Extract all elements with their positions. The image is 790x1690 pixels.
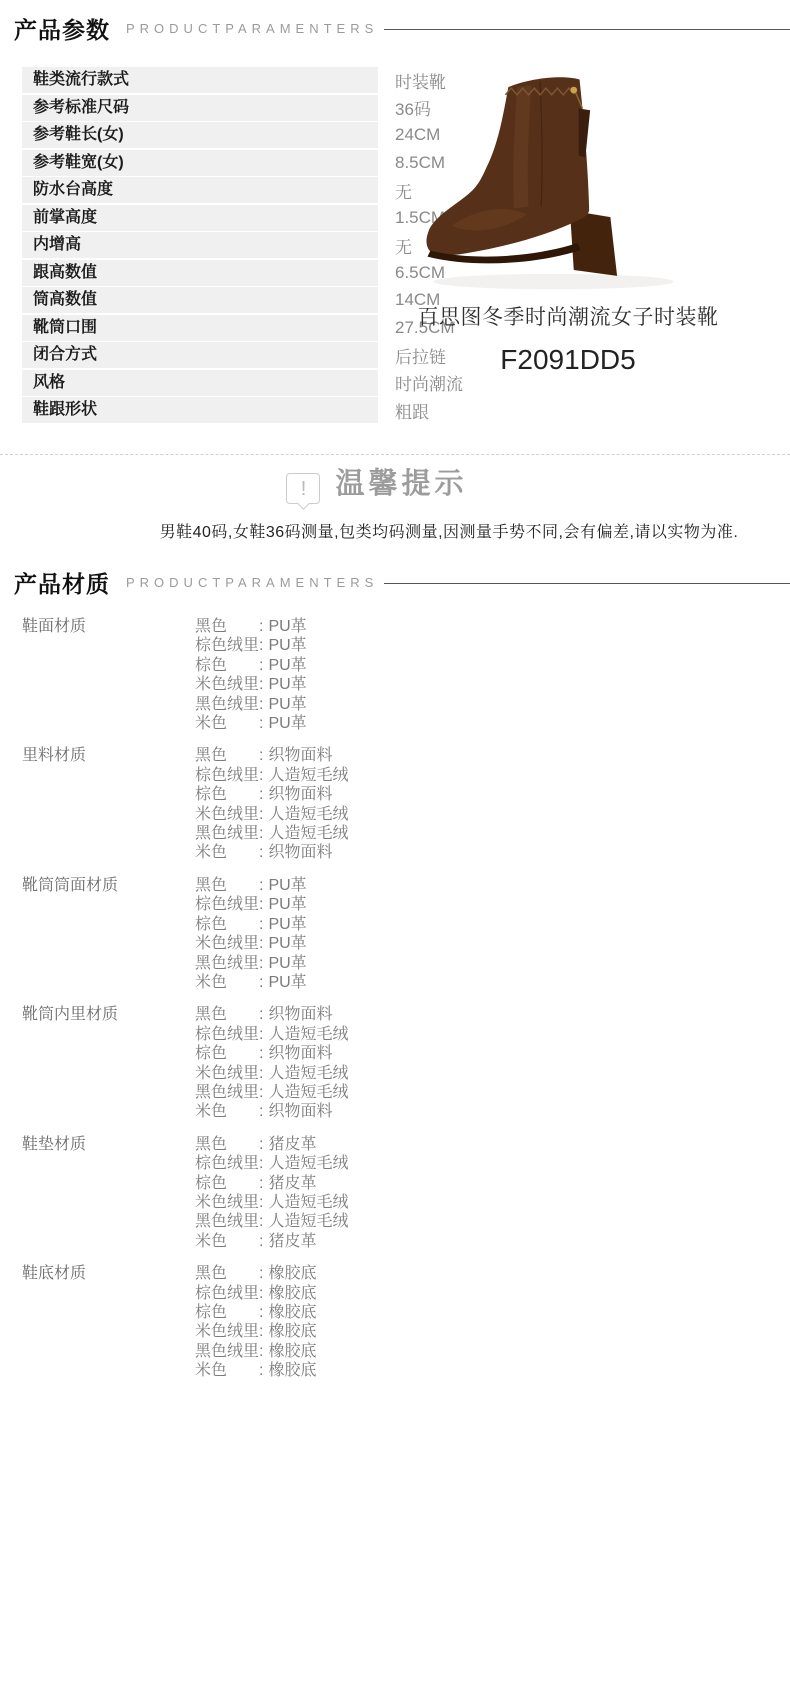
material-label: 鞋面材质: [22, 617, 195, 733]
material-line: 米色绒里:人造短毛绒: [195, 805, 348, 824]
material-section: 里料材质 黑色:织物面料 棕色绒里:人造短毛绒 棕色:织物面料 米色绒里:人造短…: [22, 746, 790, 862]
material-section: 鞋面材质 黑色:PU革 棕色绒里:PU革 棕色:PU革 米色绒里:PU革 黑色绒…: [22, 617, 790, 733]
material-value: 人造短毛绒: [263, 1026, 348, 1043]
material-value: 猪皮革: [263, 1233, 316, 1250]
spec-label: 筒高数值: [22, 287, 378, 313]
material-line: 棕色:猪皮革: [195, 1174, 348, 1193]
material-value: 橡胶底: [263, 1323, 316, 1340]
material-line: 棕色:PU革: [195, 656, 307, 675]
color-name: 黑色: [195, 876, 259, 895]
color-name: 黑色: [195, 746, 259, 765]
material-value: PU革: [263, 916, 306, 933]
notice-title: 温馨提示: [335, 461, 467, 502]
material-label: 里料材质: [22, 746, 195, 862]
section-subtitle: PRODUCTPARAMENTERS: [126, 21, 378, 36]
material-value: 橡胶底: [263, 1285, 316, 1302]
material-line: 黑色绒里:人造短毛绒: [195, 824, 348, 843]
material-line: 黑色绒里:PU革: [195, 695, 307, 714]
color-name: 黑色绒里: [195, 1083, 259, 1102]
product-title: 百思图冬季时尚潮流女子时装靴: [372, 301, 764, 331]
section-title: 产品参数: [14, 12, 110, 45]
spec-label: 参考鞋长(女): [22, 122, 378, 148]
material-line: 米色:PU革: [195, 973, 307, 992]
material-items: 黑色:织物面料 棕色绒里:人造短毛绒 棕色:织物面料 米色绒里:人造短毛绒 黑色…: [195, 1005, 348, 1121]
material-value: PU革: [263, 896, 306, 913]
material-line: 米色绒里:人造短毛绒: [195, 1193, 348, 1212]
color-name: 米色绒里: [195, 1193, 259, 1212]
color-name: 米色: [195, 714, 259, 733]
section-title: 产品材质: [14, 566, 110, 599]
color-name: 米色: [195, 1102, 259, 1121]
material-value: 人造短毛绒: [263, 806, 348, 823]
material-section: 鞋底材质 黑色:橡胶底 棕色绒里:橡胶底 棕色:橡胶底 米色绒里:橡胶底 黑色绒…: [22, 1264, 790, 1380]
color-name: 米色绒里: [195, 934, 259, 953]
color-name: 棕色: [195, 1174, 259, 1193]
material-value: 猪皮革: [263, 1136, 316, 1153]
material-value: PU革: [263, 637, 306, 654]
color-name: 黑色绒里: [195, 1342, 259, 1361]
material-value: 橡胶底: [263, 1343, 316, 1360]
material-line: 黑色:PU革: [195, 617, 307, 636]
material-line: 棕色绒里:人造短毛绒: [195, 1154, 348, 1173]
color-name: 米色绒里: [195, 1322, 259, 1341]
material-section: 靴筒筒面材质 黑色:PU革 棕色绒里:PU革 棕色:PU革 米色绒里:PU革 黑…: [22, 876, 790, 992]
color-name: 棕色: [195, 1303, 259, 1322]
material-value: 人造短毛绒: [263, 1194, 348, 1211]
material-label: 靴筒筒面材质: [22, 876, 195, 992]
material-value: PU革: [263, 877, 306, 894]
spec-label: 参考标准尺码: [22, 95, 378, 121]
color-name: 黑色: [195, 1264, 259, 1283]
material-line: 棕色绒里:橡胶底: [195, 1284, 316, 1303]
material-section: 鞋垫材质 黑色:猪皮革 棕色绒里:人造短毛绒 棕色:猪皮革 米色绒里:人造短毛绒…: [22, 1135, 790, 1251]
color-name: 黑色绒里: [195, 954, 259, 973]
material-value: 织物面料: [263, 786, 332, 803]
material-line: 米色:织物面料: [195, 843, 348, 862]
material-line: 棕色绒里:人造短毛绒: [195, 1025, 348, 1044]
color-name: 米色: [195, 843, 259, 862]
material-line: 米色:猪皮革: [195, 1232, 348, 1251]
material-value: 织物面料: [263, 747, 332, 764]
color-name: 米色绒里: [195, 1064, 259, 1083]
material-line: 米色绒里:PU革: [195, 675, 307, 694]
color-name: 棕色绒里: [195, 636, 259, 655]
material-items: 黑色:猪皮革 棕色绒里:人造短毛绒 棕色:猪皮革 米色绒里:人造短毛绒 黑色绒里…: [195, 1135, 348, 1251]
header-rule: [384, 29, 790, 30]
color-name: 黑色绒里: [195, 695, 259, 714]
material-line: 米色绒里:橡胶底: [195, 1322, 316, 1341]
color-name: 米色绒里: [195, 805, 259, 824]
spec-label: 靴筒口围: [22, 315, 378, 341]
material-value: 织物面料: [263, 844, 332, 861]
material-line: 黑色绒里:人造短毛绒: [195, 1083, 348, 1102]
material-value: 橡胶底: [263, 1304, 316, 1321]
table-row: 鞋跟形状 粗跟: [22, 397, 582, 423]
spec-label: 前掌高度: [22, 205, 378, 231]
product-model: F2091DD5: [372, 344, 764, 376]
material-line: 棕色绒里:人造短毛绒: [195, 766, 348, 785]
color-name: 棕色: [195, 656, 259, 675]
spec-label: 闭合方式: [22, 342, 378, 368]
material-value: PU革: [263, 696, 306, 713]
spec-label: 鞋类流行款式: [22, 67, 378, 93]
material-value: 人造短毛绒: [263, 767, 348, 784]
notice-header: ! 温馨提示: [0, 461, 772, 504]
boot-image: [409, 66, 727, 297]
material-value: PU革: [263, 974, 306, 991]
material-line: 棕色:PU革: [195, 915, 307, 934]
color-name: 米色: [195, 1232, 259, 1251]
material-value: 织物面料: [263, 1006, 332, 1023]
material-line: 黑色绒里:PU革: [195, 954, 307, 973]
material-line: 黑色绒里:橡胶底: [195, 1342, 316, 1361]
material-line: 米色:织物面料: [195, 1102, 348, 1121]
notice: ! 温馨提示 男鞋40码,女鞋36码测量,包类均码测量,因测量手势不同,会有偏差…: [0, 461, 790, 542]
material-line: 黑色:织物面料: [195, 1005, 348, 1024]
material-line: 黑色绒里:人造短毛绒: [195, 1212, 348, 1231]
material-value: 织物面料: [263, 1045, 332, 1062]
spec-label: 防水台高度: [22, 177, 378, 203]
color-name: 黑色: [195, 1135, 259, 1154]
material-value: PU革: [263, 657, 306, 674]
color-name: 棕色绒里: [195, 895, 259, 914]
color-name: 棕色: [195, 785, 259, 804]
material-value: 猪皮革: [263, 1175, 316, 1192]
spec-label: 鞋跟形状: [22, 397, 378, 423]
material-value: PU革: [263, 715, 306, 732]
color-name: 棕色绒里: [195, 1025, 259, 1044]
spec-label: 内增高: [22, 232, 378, 258]
material-value: PU革: [263, 676, 306, 693]
material-value: 人造短毛绒: [263, 1213, 348, 1230]
color-name: 棕色绒里: [195, 1284, 259, 1303]
color-name: 棕色: [195, 915, 259, 934]
color-name: 黑色绒里: [195, 824, 259, 843]
material-items: 黑色:织物面料 棕色绒里:人造短毛绒 棕色:织物面料 米色绒里:人造短毛绒 黑色…: [195, 746, 348, 862]
product-panel: 百思图冬季时尚潮流女子时装靴 F2091DD5: [372, 52, 764, 376]
section-header-materials: 产品材质 PRODUCTPARAMENTERS: [0, 554, 790, 599]
color-name: 黑色绒里: [195, 1212, 259, 1231]
color-name: 米色: [195, 973, 259, 992]
dashed-divider: [0, 454, 790, 455]
material-label: 靴筒内里材质: [22, 1005, 195, 1121]
spec-value: 粗跟: [395, 398, 429, 423]
material-items: 黑色:PU革 棕色绒里:PU革 棕色:PU革 米色绒里:PU革 黑色绒里:PU革…: [195, 617, 307, 733]
material-value: 橡胶底: [263, 1265, 316, 1282]
spec-label: 风格: [22, 370, 378, 396]
color-name: 米色: [195, 1361, 259, 1380]
material-value: 人造短毛绒: [263, 1155, 348, 1172]
material-value: PU革: [263, 935, 306, 952]
material-value: 人造短毛绒: [263, 1065, 348, 1082]
color-name: 棕色: [195, 1044, 259, 1063]
material-line: 米色:橡胶底: [195, 1361, 316, 1380]
exclamation-bubble-icon: !: [286, 473, 320, 504]
material-section: 靴筒内里材质 黑色:织物面料 棕色绒里:人造短毛绒 棕色:织物面料 米色绒里:人…: [22, 1005, 790, 1121]
material-line: 米色绒里:人造短毛绒: [195, 1064, 348, 1083]
header-rule: [384, 583, 790, 584]
material-line: 棕色:橡胶底: [195, 1303, 316, 1322]
material-line: 黑色:PU革: [195, 876, 307, 895]
material-line: 棕色:织物面料: [195, 1044, 348, 1063]
material-line: 米色:PU革: [195, 714, 307, 733]
section-subtitle: PRODUCTPARAMENTERS: [126, 575, 378, 590]
material-line: 黑色:橡胶底: [195, 1264, 316, 1283]
materials-list: 鞋面材质 黑色:PU革 棕色绒里:PU革 棕色:PU革 米色绒里:PU革 黑色绒…: [22, 617, 790, 1381]
material-value: 橡胶底: [263, 1362, 316, 1379]
notice-text: 男鞋40码,女鞋36码测量,包类均码测量,因测量手势不同,会有偏差,请以实物为准…: [0, 519, 790, 542]
section-header-parameters: 产品参数 PRODUCTPARAMENTERS: [0, 0, 790, 45]
color-name: 米色绒里: [195, 675, 259, 694]
material-value: PU革: [263, 955, 306, 972]
color-name: 棕色绒里: [195, 766, 259, 785]
material-value: 人造短毛绒: [263, 1084, 348, 1101]
material-items: 黑色:PU革 棕色绒里:PU革 棕色:PU革 米色绒里:PU革 黑色绒里:PU革…: [195, 876, 307, 992]
color-name: 黑色: [195, 1005, 259, 1024]
material-items: 黑色:橡胶底 棕色绒里:橡胶底 棕色:橡胶底 米色绒里:橡胶底 黑色绒里:橡胶底…: [195, 1264, 316, 1380]
material-value: 人造短毛绒: [263, 825, 348, 842]
material-line: 棕色绒里:PU革: [195, 636, 307, 655]
spec-label: 跟高数值: [22, 260, 378, 286]
spec-label: 参考鞋宽(女): [22, 150, 378, 176]
material-label: 鞋底材质: [22, 1264, 195, 1380]
color-name: 棕色绒里: [195, 1154, 259, 1173]
material-value: PU革: [263, 618, 306, 635]
page: 产品参数 PRODUCTPARAMENTERS 鞋类流行款式 时装靴 参考标准尺…: [0, 0, 790, 1690]
material-value: 织物面料: [263, 1103, 332, 1120]
material-line: 米色绒里:PU革: [195, 934, 307, 953]
material-line: 棕色:织物面料: [195, 785, 348, 804]
material-line: 黑色:织物面料: [195, 746, 348, 765]
material-label: 鞋垫材质: [22, 1135, 195, 1251]
material-line: 棕色绒里:PU革: [195, 895, 307, 914]
color-name: 黑色: [195, 617, 259, 636]
material-line: 黑色:猪皮革: [195, 1135, 348, 1154]
